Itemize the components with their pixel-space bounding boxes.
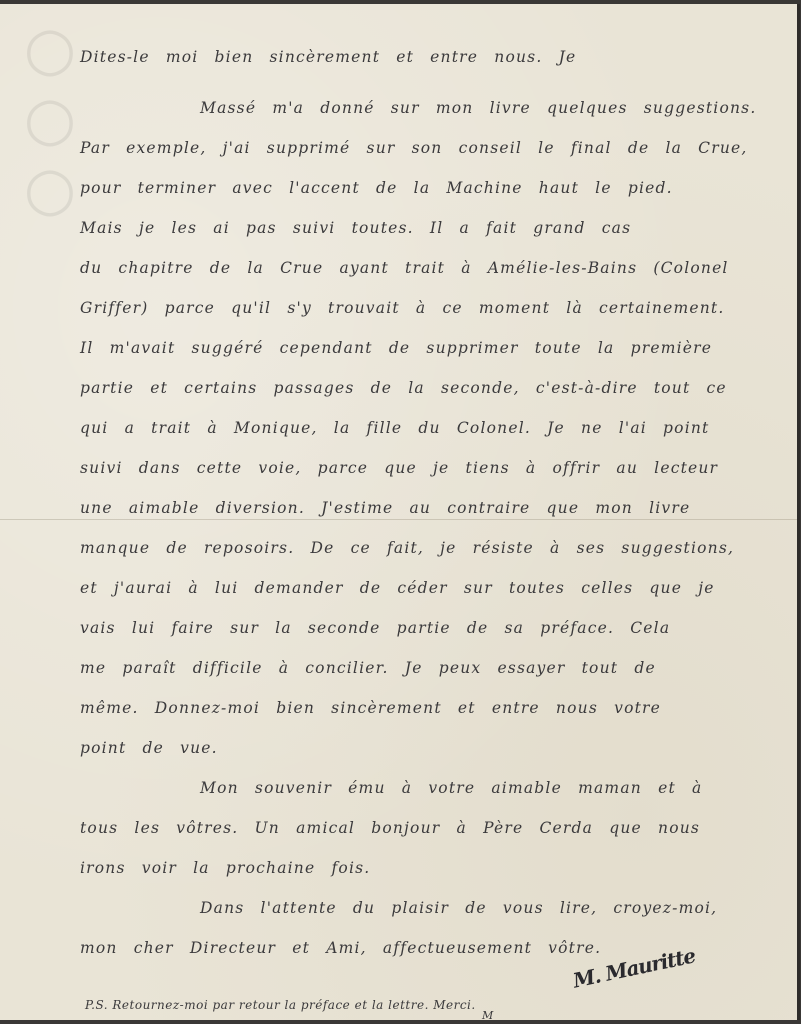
letter-line: et j'aurai à lui demander de céder sur t… (80, 579, 715, 597)
letter-line: suivi dans cette voie, parce que je tien… (80, 459, 718, 477)
letter-line: manque de reposoirs. De ce fait, je rési… (80, 539, 734, 557)
letter-line: partie et certains passages de la second… (80, 379, 727, 397)
letter-line: irons voir la prochaine fois. (80, 859, 370, 877)
postscript: P.S. Retournez-moi par retour la préface… (85, 998, 476, 1012)
letter-line: mon cher Directeur et Ami, affectueuseme… (80, 939, 601, 957)
letter-line: Mais je les ai pas suivi toutes. Il a fa… (80, 219, 631, 237)
letter-line: Mon souvenir ému à votre aimable maman e… (200, 779, 702, 797)
letter-line: qui a trait à Monique, la fille du Colon… (80, 419, 709, 437)
letter-line: me paraît difficile à concilier. Je peux… (80, 659, 656, 677)
letter-line: point de vue. (80, 739, 218, 757)
letter-line: Dites-le moi bien sincèrement et entre n… (80, 48, 576, 66)
letter-line: pour terminer avec l'accent de la Machin… (80, 179, 673, 197)
letter-line: même. Donnez-moi bien sincèrement et ent… (80, 699, 661, 717)
letter-page: ○○○ Dites-le moi bien sincèrement et ent… (0, 4, 800, 1020)
postscript-initial: M (482, 1009, 493, 1022)
letter-line: Dans l'attente du plaisir de vous lire, … (200, 899, 717, 917)
letter-line: Par exemple, j'ai supprimé sur son conse… (80, 139, 748, 157)
letter-line: tous les vôtres. Un amical bonjour à Pèr… (80, 819, 700, 837)
letter-line: Massé m'a donné sur mon livre quelques s… (200, 99, 756, 117)
letter-line: vais lui faire sur la seconde partie de … (80, 619, 670, 637)
paper-fold-line (0, 519, 797, 520)
letter-line: du chapitre de la Crue ayant trait à Amé… (80, 259, 729, 277)
letter-line: une aimable diversion. J'estime au contr… (80, 499, 690, 517)
letter-line: Il m'avait suggéré cependant de supprime… (80, 339, 712, 357)
letter-line: Griffer) parce qu'il s'y trouvait à ce m… (80, 299, 724, 317)
